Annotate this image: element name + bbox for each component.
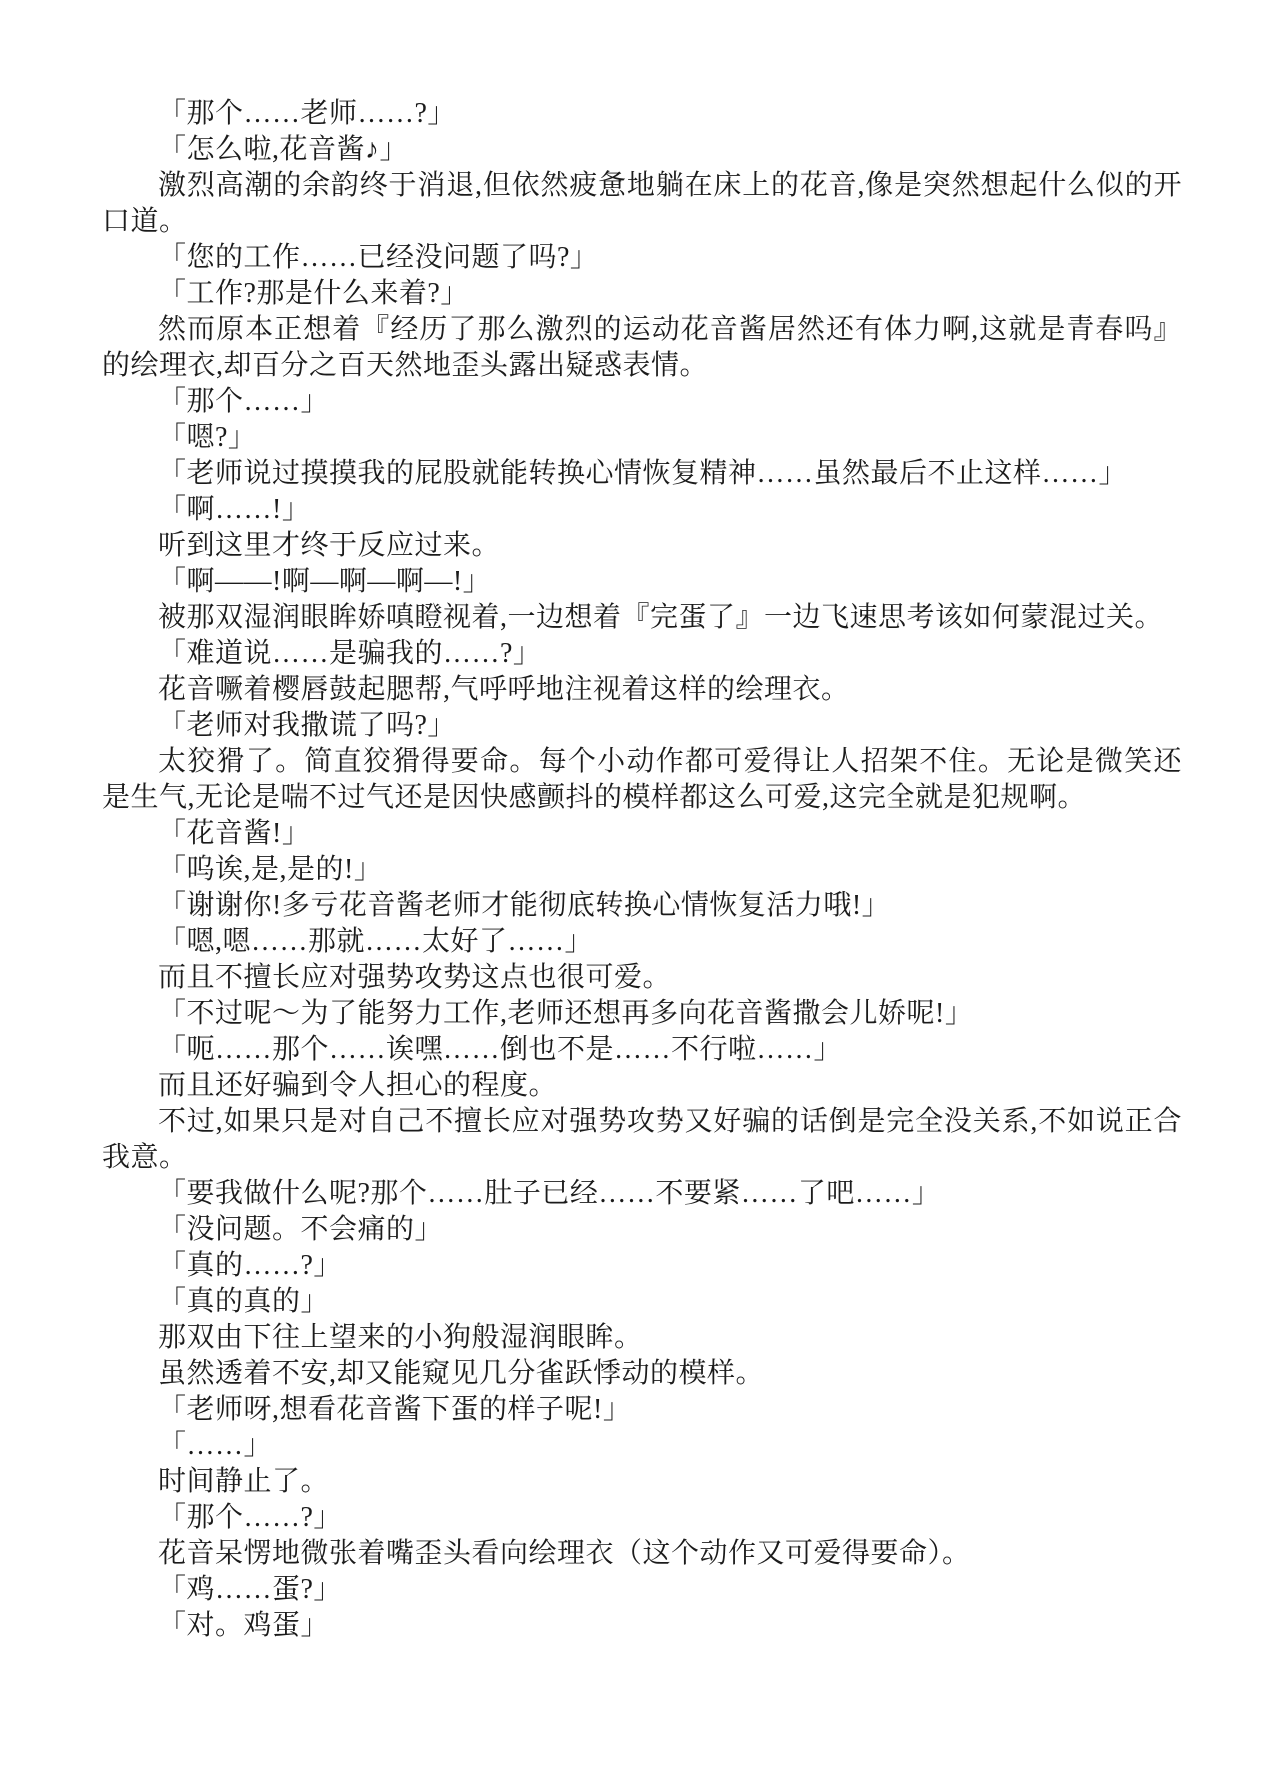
paragraph: 花音呆愣地微张着嘴歪头看向绘理衣（这个动作又可爱得要命）。	[102, 1536, 1182, 1572]
paragraph: 「那个……老师……?」	[102, 96, 1182, 132]
paragraph: 「怎么啦,花音酱♪」	[102, 132, 1182, 168]
paragraph: 「难道说……是骗我的……?」	[102, 636, 1182, 672]
paragraph: 「那个……」	[102, 384, 1182, 420]
paragraph: 「对。鸡蛋」	[102, 1608, 1182, 1644]
paragraph: 不过,如果只是对自己不擅长应对强势攻势又好骗的话倒是完全没关系,不如说正合我意。	[102, 1104, 1182, 1176]
paragraph: 「嗯?」	[102, 420, 1182, 456]
paragraph: 「要我做什么呢?那个……肚子已经……不要紧……了吧……」	[102, 1176, 1182, 1212]
novel-text-body: 「那个……老师……?」「怎么啦,花音酱♪」激烈高潮的余韵终于消退,但依然疲惫地躺…	[102, 96, 1182, 1644]
paragraph: 「老师呀,想看花音酱下蛋的样子呢!」	[102, 1392, 1182, 1428]
paragraph: 「鸡……蛋?」	[102, 1572, 1182, 1608]
paragraph: 「老师说过摸摸我的屁股就能转换心情恢复精神……虽然最后不止这样……」	[102, 456, 1182, 492]
paragraph: 花音噘着樱唇鼓起腮帮,气呼呼地注视着这样的绘理衣。	[102, 672, 1182, 708]
paragraph: 「真的真的」	[102, 1284, 1182, 1320]
paragraph: 被那双湿润眼眸娇嗔瞪视着,一边想着『完蛋了』一边飞速思考该如何蒙混过关。	[102, 600, 1182, 636]
paragraph: 「啊——!啊—啊—啊—!」	[102, 564, 1182, 600]
paragraph: 「您的工作……已经没问题了吗?」	[102, 240, 1182, 276]
paragraph: 那双由下往上望来的小狗般湿润眼眸。	[102, 1320, 1182, 1356]
paragraph: 「谢谢你!多亏花音酱老师才能彻底转换心情恢复活力哦!」	[102, 888, 1182, 924]
document-page: 「那个……老师……?」「怎么啦,花音酱♪」激烈高潮的余韵终于消退,但依然疲惫地躺…	[0, 0, 1280, 1790]
paragraph: 听到这里才终于反应过来。	[102, 528, 1182, 564]
paragraph: 「……」	[102, 1428, 1182, 1464]
paragraph: 「呃……那个……诶嘿……倒也不是……不行啦……」	[102, 1032, 1182, 1068]
paragraph: 「花音酱!」	[102, 816, 1182, 852]
paragraph: 「工作?那是什么来着?」	[102, 276, 1182, 312]
paragraph: 太狡猾了。简直狡猾得要命。每个小动作都可爱得让人招架不住。无论是微笑还是生气,无…	[102, 744, 1182, 816]
paragraph: 「不过呢～为了能努力工作,老师还想再多向花音酱撒会儿娇呢!」	[102, 996, 1182, 1032]
paragraph: 虽然透着不安,却又能窥见几分雀跃悸动的模样。	[102, 1356, 1182, 1392]
paragraph: 「老师对我撒谎了吗?」	[102, 708, 1182, 744]
paragraph: 「真的……?」	[102, 1248, 1182, 1284]
paragraph: 时间静止了。	[102, 1464, 1182, 1500]
paragraph: 激烈高潮的余韵终于消退,但依然疲惫地躺在床上的花音,像是突然想起什么似的开口道。	[102, 168, 1182, 240]
paragraph: 「没问题。不会痛的」	[102, 1212, 1182, 1248]
paragraph: 「那个……?」	[102, 1500, 1182, 1536]
paragraph: 「啊……!」	[102, 492, 1182, 528]
paragraph: 「呜诶,是,是的!」	[102, 852, 1182, 888]
paragraph: 而且还好骗到令人担心的程度。	[102, 1068, 1182, 1104]
paragraph: 然而原本正想着『经历了那么激烈的运动花音酱居然还有体力啊,这就是青春吗』的绘理衣…	[102, 312, 1182, 384]
paragraph: 而且不擅长应对强势攻势这点也很可爱。	[102, 960, 1182, 996]
paragraph: 「嗯,嗯……那就……太好了……」	[102, 924, 1182, 960]
